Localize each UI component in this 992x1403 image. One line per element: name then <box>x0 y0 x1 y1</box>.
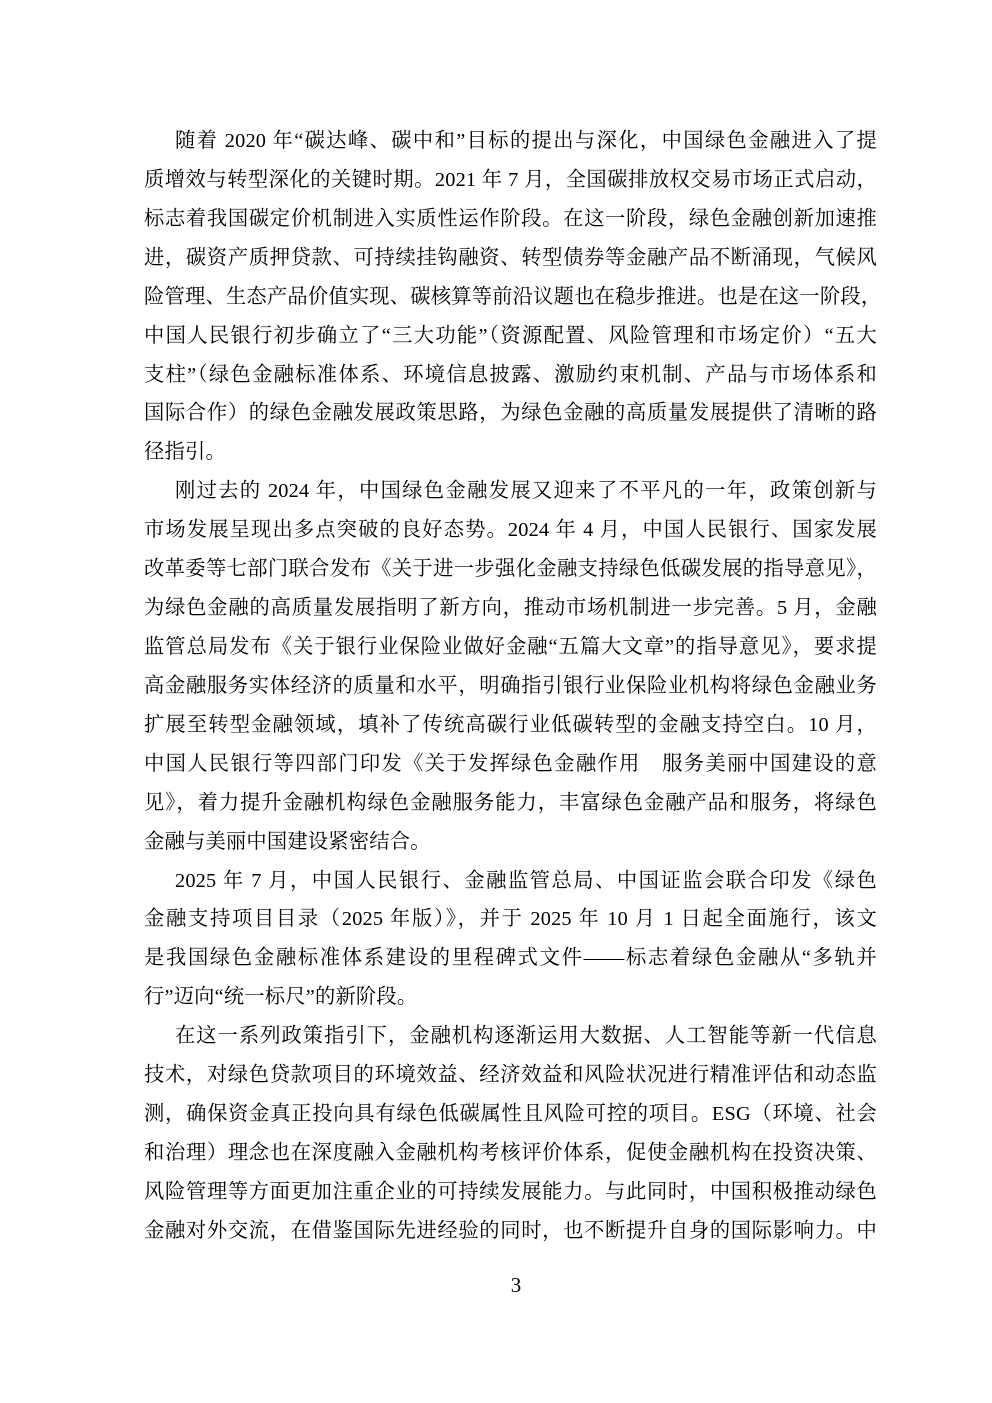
text-line: 改革委等七部门联合发布《关于进一步强化金融支持绿色低碳发展的指导意见》， <box>144 550 877 589</box>
text-line: 国际合作）的绿色金融发展政策思路，为绿色金融的高质量发展提供了清晰的路 <box>144 394 877 433</box>
text-line: 金融对外交流，在借鉴国际先进经验的同时，也不断提升自身的国际影响力。中 <box>144 1212 877 1251</box>
text-line: 随着 2020 年“碳达峰、碳中和”目标的提出与深化，中国绿色金融进入了提 <box>144 122 877 161</box>
text-line: 和治理）理念也在深度融入金融机构考核评价体系，促使金融机构在投资决策、 <box>144 1134 877 1173</box>
text-line: 是我国绿色金融标准体系建设的里程碑式文件——标志着绿色金融从“多轨并 <box>144 939 877 978</box>
document-page: 随着 2020 年“碳达峰、碳中和”目标的提出与深化，中国绿色金融进入了提质增效… <box>0 0 992 1403</box>
text-line: 质增效与转型深化的关键时期。2021 年 7 月，全国碳排放权交易市场正式启动， <box>144 161 877 200</box>
text-line: 金融支持项目目录（2025 年版）》，并于 2025 年 10 月 1 日起全面… <box>144 900 877 939</box>
text-line: 在这一系列政策指引下，金融机构逐渐运用大数据、人工智能等新一代信息 <box>144 1017 877 1056</box>
text-line: 行”迈向“统一标尺”的新阶段。 <box>144 978 877 1017</box>
text-line: 监管总局发布《关于银行业保险业做好金融“五篇大文章”的指导意见》，要求提 <box>144 628 877 667</box>
document-body: 随着 2020 年“碳达峰、碳中和”目标的提出与深化，中国绿色金融进入了提质增效… <box>144 122 877 1251</box>
text-line: 扩展至转型金融领域，填补了传统高碳行业低碳转型的金融支持空白。10 月， <box>144 706 877 745</box>
text-line: 风险管理等方面更加注重企业的可持续发展能力。与此同时，中国积极推动绿色 <box>144 1173 877 1212</box>
text-line: 中国人民银行等四部门印发《关于发挥绿色金融作用 服务美丽中国建设的意 <box>144 745 877 784</box>
text-line: 技术，对绿色贷款项目的环境效益、经济效益和风险状况进行精准评估和动态监 <box>144 1056 877 1095</box>
text-line: 中国人民银行初步确立了“三大功能”（资源配置、风险管理和市场定价）“五大 <box>144 317 877 356</box>
page-number: 3 <box>0 1272 992 1298</box>
text-line: 刚过去的 2024 年，中国绿色金融发展又迎来了不平凡的一年，政策创新与 <box>144 472 877 511</box>
text-line: 见》，着力提升金融机构绿色金融服务能力，丰富绿色金融产品和服务，将绿色 <box>144 784 877 823</box>
text-line: 测，确保资金真正投向具有绿色低碳属性且风险可控的项目。ESG（环境、社会 <box>144 1095 877 1134</box>
text-line: 市场发展呈现出多点突破的良好态势。2024 年 4 月，中国人民银行、国家发展 <box>144 511 877 550</box>
text-line: 径指引。 <box>144 433 877 472</box>
text-line: 支柱”（绿色金融标准体系、环境信息披露、激励约束机制、产品与市场体系和 <box>144 356 877 395</box>
text-line: 险管理、生态产品价值实现、碳核算等前沿议题也在稳步推进。也是在这一阶段， <box>144 278 877 317</box>
text-line: 进，碳资产质押贷款、可持续挂钩融资、转型债券等金融产品不断涌现，气候风 <box>144 239 877 278</box>
text-line: 标志着我国碳定价机制进入实质性运作阶段。在这一阶段，绿色金融创新加速推 <box>144 200 877 239</box>
text-line: 为绿色金融的高质量发展指明了新方向，推动市场机制进一步完善。5 月，金融 <box>144 589 877 628</box>
text-line: 2025 年 7 月，中国人民银行、金融监管总局、中国证监会联合印发《绿色 <box>144 862 877 901</box>
text-line: 高金融服务实体经济的质量和水平，明确指引银行业保险业机构将绿色金融业务 <box>144 667 877 706</box>
text-line: 金融与美丽中国建设紧密结合。 <box>144 823 877 862</box>
